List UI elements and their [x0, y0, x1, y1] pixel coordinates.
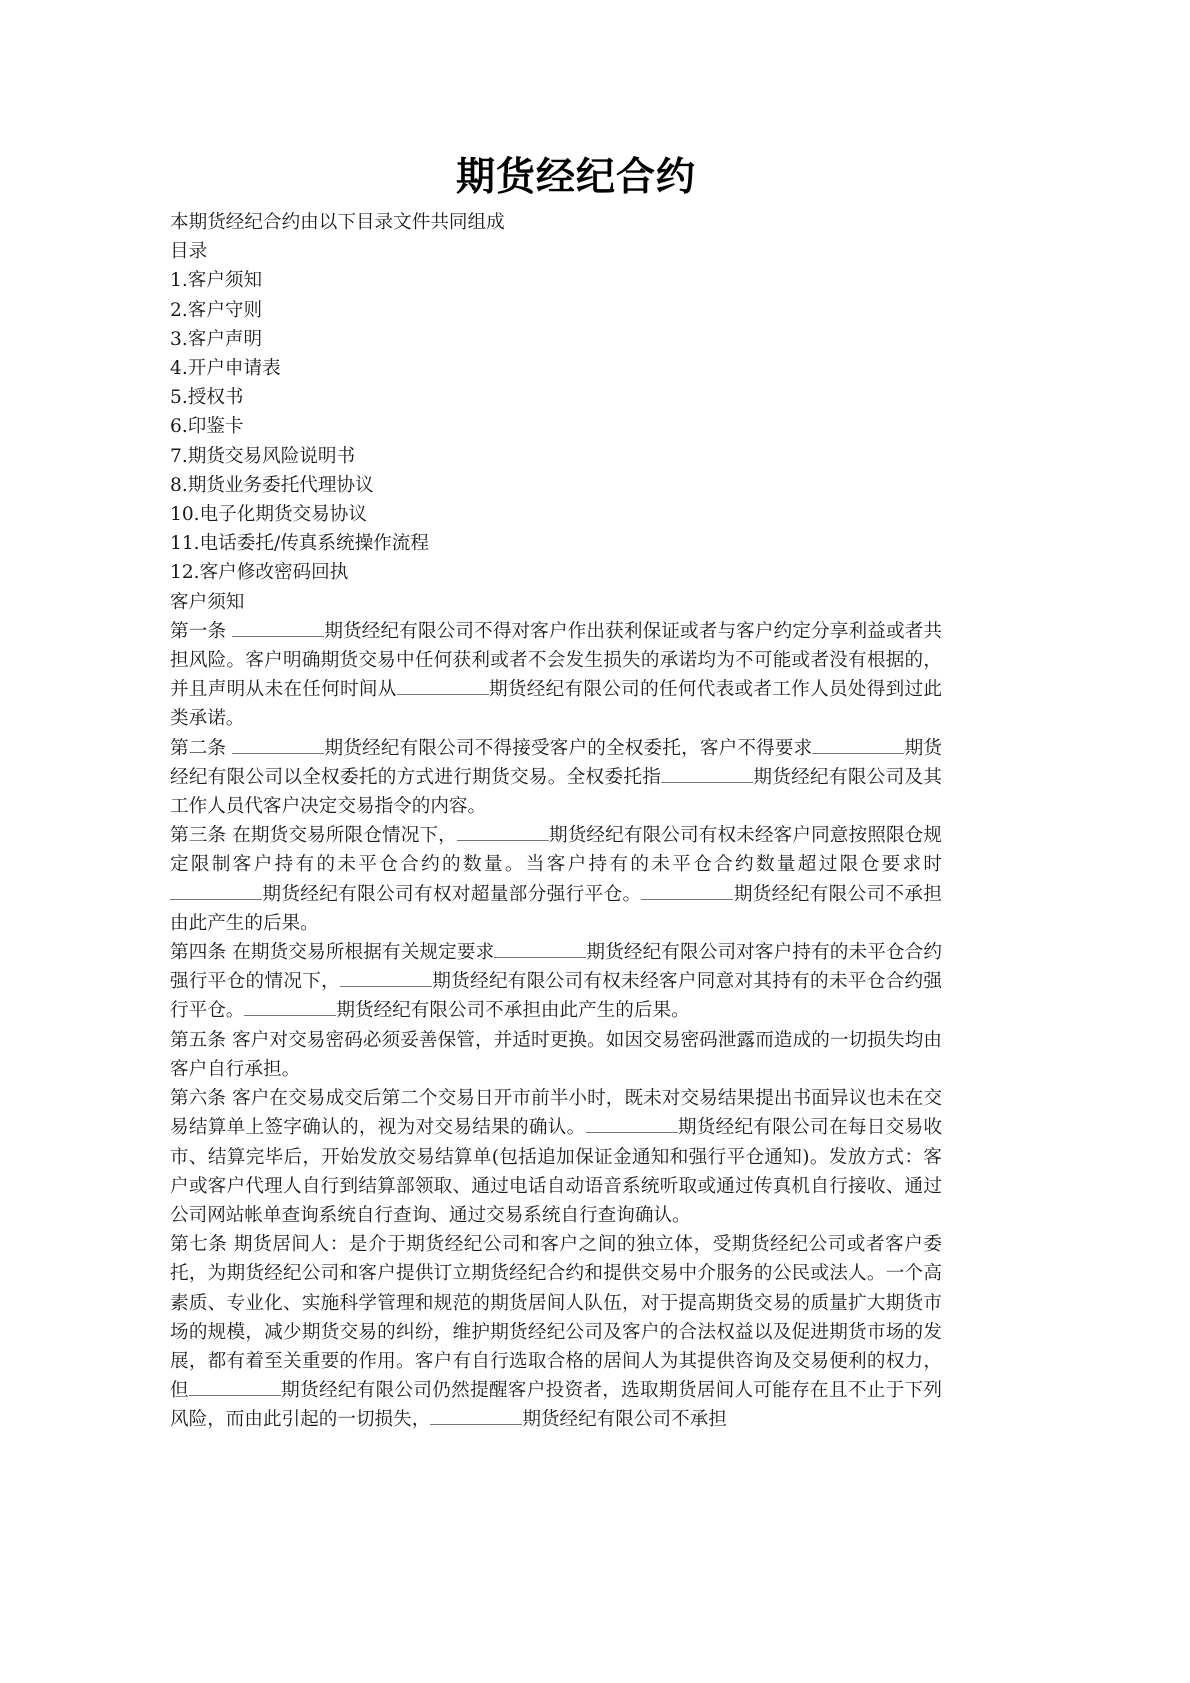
- company-name-blank: [244, 997, 336, 1016]
- article-label: 第四条: [170, 942, 226, 963]
- company-name-blank: [232, 735, 324, 754]
- company-name-blank: [170, 881, 262, 900]
- article-6: 第六条 客户在交易成交后第二个交易日开市前半小时，既未对交易结果提出书面异议也未…: [170, 1084, 942, 1230]
- toc-item: 1.客户须知: [170, 266, 942, 295]
- document-title: 期货经纪合约: [170, 150, 942, 206]
- article-text: 客户对交易密码必须妥善保管，并适时更换。如因交易密码泄露而造成的一切损失均由客户…: [170, 1030, 942, 1080]
- article-text: 期货经纪有限公司不得接受客户的全权委托，客户不得要求: [324, 738, 812, 759]
- intro-text: 本期货经纪合约由以下目录文件共同组成: [170, 208, 942, 237]
- company-name-blank: [340, 968, 432, 987]
- article-label: 第七条: [170, 1234, 227, 1255]
- article-text: 在期货交易所根据有关规定要求: [226, 942, 494, 963]
- article-text: 期货经纪有限公司不承担: [522, 1409, 727, 1430]
- article-7: 第七条 期货居间人：是介于期货经纪公司和客户之间的独立体，受期货经纪公司或者客户…: [170, 1230, 942, 1434]
- company-name-blank: [430, 1406, 522, 1425]
- toc-item: 2.客户守则: [170, 296, 942, 325]
- articles-list: 第一条 期货经纪有限公司不得对客户作出获利保证或者与客户约定分享利益或者共担风险…: [170, 617, 942, 1435]
- toc-item: 10.电子化期货交易协议: [170, 500, 942, 529]
- article-3: 第三条 在期货交易所限仓情况下，期货经纪有限公司有权未经客户同意按照限仓规定限制…: [170, 821, 942, 938]
- toc-item: 3.客户声明: [170, 325, 942, 354]
- section-heading: 客户须知: [170, 588, 942, 617]
- article-label: 第五条: [170, 1030, 226, 1051]
- company-name-blank: [457, 822, 549, 841]
- toc-item: 5.授权书: [170, 383, 942, 412]
- document-page: 期货经纪合约 本期货经纪合约由以下目录文件共同组成 目录 1.客户须知 2.客户…: [170, 150, 942, 1435]
- company-name-blank: [586, 1114, 678, 1133]
- article-text: 期货经纪有限公司不承担由此产生的后果。: [336, 1000, 689, 1021]
- company-name-blank: [641, 881, 733, 900]
- toc-item: 8.期货业务委托代理协议: [170, 471, 942, 500]
- article-text: 期货居间人：是介于期货经纪公司和客户之间的独立体，受期货经纪公司或者客户委托，为…: [170, 1234, 942, 1401]
- article-5: 第五条 客户对交易密码必须妥善保管，并适时更换。如因交易密码泄露而造成的一切损失…: [170, 1026, 942, 1084]
- toc-item: 11.电话委托/传真系统操作流程: [170, 529, 942, 558]
- article-label: 第二条: [170, 738, 226, 759]
- toc-item: 7.期货交易风险说明书: [170, 442, 942, 471]
- toc-item: 12.客户修改密码回执: [170, 558, 942, 587]
- article-4: 第四条 在期货交易所根据有关规定要求期货经纪有限公司对客户持有的未平仓合约强行平…: [170, 938, 942, 1026]
- article-2: 第二条 期货经纪有限公司不得接受客户的全权委托，客户不得要求期货经纪有限公司以全…: [170, 734, 942, 822]
- company-name-blank: [189, 1377, 281, 1396]
- toc-item: 4.开户申请表: [170, 354, 942, 383]
- table-of-contents: 1.客户须知 2.客户守则 3.客户声明 4.开户申请表 5.授权书 6.印鉴卡…: [170, 266, 942, 587]
- toc-item: 6.印鉴卡: [170, 412, 942, 441]
- article-label: 第六条: [170, 1088, 226, 1109]
- article-1: 第一条 期货经纪有限公司不得对客户作出获利保证或者与客户约定分享利益或者共担风险…: [170, 617, 942, 734]
- company-name-blank: [232, 618, 324, 637]
- article-text: 在期货交易所限仓情况下，: [226, 825, 457, 846]
- company-name-blank: [494, 939, 586, 958]
- article-label: 第三条: [170, 825, 226, 846]
- article-label: 第一条: [170, 621, 226, 642]
- toc-heading: 目录: [170, 237, 942, 266]
- company-name-blank: [661, 764, 753, 783]
- article-text: 期货经纪有限公司有权对超量部分强行平仓。: [262, 884, 641, 905]
- company-name-blank: [812, 735, 904, 754]
- company-name-blank: [397, 676, 489, 695]
